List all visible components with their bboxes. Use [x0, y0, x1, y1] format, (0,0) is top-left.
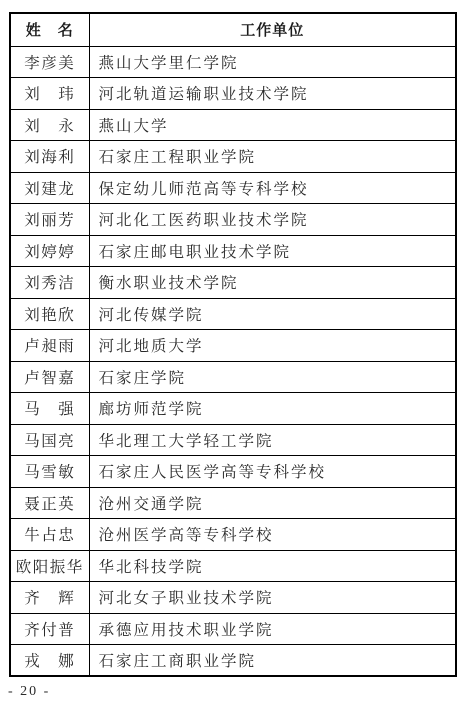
- document-page: 姓 名 工作单位 李彦美燕山大学里仁学院刘 玮河北轨道运输职业技术学院刘 永燕山…: [0, 0, 470, 717]
- name-cell: 卢昶雨: [10, 330, 89, 362]
- unit-cell: 河北轨道运输职业技术学院: [89, 78, 456, 110]
- unit-cell: 华北理工大学轻工学院: [89, 424, 456, 456]
- table-row: 刘秀洁衡水职业技术学院: [10, 267, 456, 299]
- unit-cell: 河北女子职业技术学院: [89, 582, 456, 614]
- unit-cell: 石家庄人民医学高等专科学校: [89, 456, 456, 488]
- table-row: 刘艳欣河北传媒学院: [10, 298, 456, 330]
- name-cell: 刘 玮: [10, 78, 89, 110]
- table-row: 齐付普承德应用技术职业学院: [10, 613, 456, 645]
- table-body: 李彦美燕山大学里仁学院刘 玮河北轨道运输职业技术学院刘 永燕山大学刘海利石家庄工…: [10, 46, 456, 676]
- unit-cell: 衡水职业技术学院: [89, 267, 456, 299]
- unit-cell: 河北化工医药职业技术学院: [89, 204, 456, 236]
- name-cell: 聂正英: [10, 487, 89, 519]
- table-row: 马雪敏石家庄人民医学高等专科学校: [10, 456, 456, 488]
- table-row: 刘丽芳河北化工医药职业技术学院: [10, 204, 456, 236]
- name-cell: 刘婷婷: [10, 235, 89, 267]
- name-unit-table: 姓 名 工作单位 李彦美燕山大学里仁学院刘 玮河北轨道运输职业技术学院刘 永燕山…: [9, 12, 457, 677]
- table-row: 刘婷婷石家庄邮电职业技术学院: [10, 235, 456, 267]
- table-header-row: 姓 名 工作单位: [10, 13, 456, 46]
- table-row: 马国亮华北理工大学轻工学院: [10, 424, 456, 456]
- unit-cell: 沧州交通学院: [89, 487, 456, 519]
- name-cell: 马国亮: [10, 424, 89, 456]
- table-row: 刘 玮河北轨道运输职业技术学院: [10, 78, 456, 110]
- table-row: 马 强廊坊师范学院: [10, 393, 456, 425]
- table-row: 戎 娜石家庄工商职业学院: [10, 645, 456, 677]
- unit-cell: 保定幼儿师范高等专科学校: [89, 172, 456, 204]
- unit-cell: 石家庄工程职业学院: [89, 141, 456, 173]
- table-row: 刘海利石家庄工程职业学院: [10, 141, 456, 173]
- table-row: 李彦美燕山大学里仁学院: [10, 46, 456, 78]
- name-cell: 马 强: [10, 393, 89, 425]
- table-row: 牛占忠沧州医学高等专科学校: [10, 519, 456, 551]
- header-unit-column: 工作单位: [89, 13, 456, 46]
- name-cell: 齐付普: [10, 613, 89, 645]
- unit-cell: 廊坊师范学院: [89, 393, 456, 425]
- name-cell: 欧阳振华: [10, 550, 89, 582]
- table-row: 齐 辉河北女子职业技术学院: [10, 582, 456, 614]
- name-cell: 刘建龙: [10, 172, 89, 204]
- unit-cell: 沧州医学高等专科学校: [89, 519, 456, 551]
- unit-cell: 承德应用技术职业学院: [89, 613, 456, 645]
- name-cell: 卢智嘉: [10, 361, 89, 393]
- name-cell: 李彦美: [10, 46, 89, 78]
- unit-cell: 河北地质大学: [89, 330, 456, 362]
- table-row: 刘建龙保定幼儿师范高等专科学校: [10, 172, 456, 204]
- table-row: 刘 永燕山大学: [10, 109, 456, 141]
- unit-cell: 燕山大学: [89, 109, 456, 141]
- name-cell: 刘艳欣: [10, 298, 89, 330]
- unit-cell: 华北科技学院: [89, 550, 456, 582]
- name-cell: 马雪敏: [10, 456, 89, 488]
- page-number: - 20 -: [8, 684, 50, 700]
- unit-cell: 燕山大学里仁学院: [89, 46, 456, 78]
- name-cell: 刘秀洁: [10, 267, 89, 299]
- name-cell: 牛占忠: [10, 519, 89, 551]
- name-cell: 刘 永: [10, 109, 89, 141]
- table-row: 卢智嘉石家庄学院: [10, 361, 456, 393]
- name-cell: 齐 辉: [10, 582, 89, 614]
- table-row: 聂正英沧州交通学院: [10, 487, 456, 519]
- table-row: 卢昶雨河北地质大学: [10, 330, 456, 362]
- unit-cell: 石家庄邮电职业技术学院: [89, 235, 456, 267]
- table-row: 欧阳振华华北科技学院: [10, 550, 456, 582]
- name-cell: 刘海利: [10, 141, 89, 173]
- name-cell: 刘丽芳: [10, 204, 89, 236]
- unit-cell: 石家庄工商职业学院: [89, 645, 456, 677]
- header-name-column: 姓 名: [10, 13, 89, 46]
- unit-cell: 石家庄学院: [89, 361, 456, 393]
- name-cell: 戎 娜: [10, 645, 89, 677]
- unit-cell: 河北传媒学院: [89, 298, 456, 330]
